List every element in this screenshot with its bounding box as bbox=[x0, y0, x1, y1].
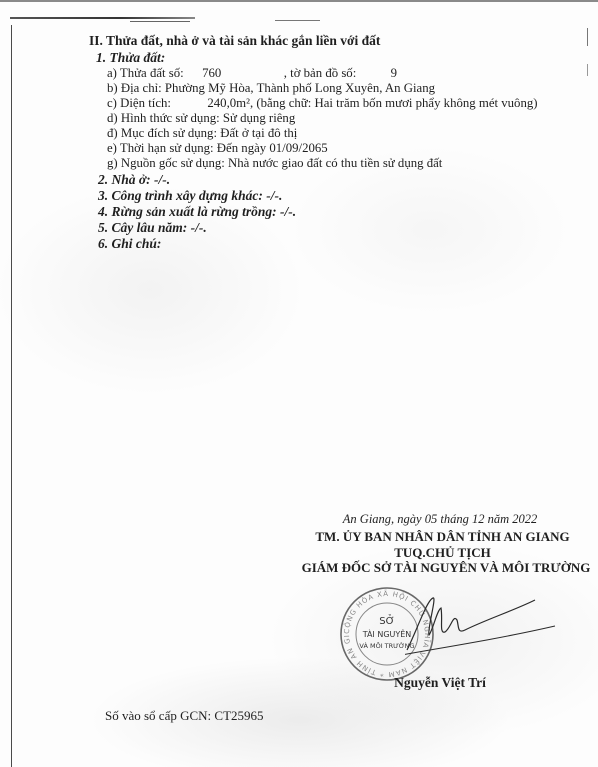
scan-artifact bbox=[275, 20, 320, 21]
scan-artifact bbox=[10, 17, 195, 19]
signer-title: GIÁM ĐỐC SỞ TÀI NGUYÊN VÀ MÔI TRƯỜNG bbox=[296, 560, 596, 576]
usage-term-row: e) Thời hạn sử dụng: Đến ngày 01/09/2065 bbox=[107, 141, 328, 156]
parcel-number: 760 bbox=[202, 66, 221, 80]
map-sheet-number: 9 bbox=[391, 66, 397, 80]
scan-artifact bbox=[130, 21, 190, 22]
address-row: b) Địa chỉ: Phường Mỹ Hòa, Thành phố Lon… bbox=[107, 81, 435, 96]
document-page: II. Thửa đất, nhà ở và tài sản khác gắn … bbox=[0, 0, 598, 767]
origin-row: g) Nguồn gốc sử dụng: Nhà nước giao đất … bbox=[107, 156, 442, 171]
parcel-row: a) Thửa đất số: 760 , tờ bản đồ số: 9 bbox=[107, 66, 397, 81]
usage-purpose-row: đ) Mục đích sử dụng: Đất ở tại đô thị bbox=[107, 126, 297, 141]
map-sheet-label: , tờ bản đồ số: bbox=[284, 66, 357, 80]
item-house: 2. Nhà ở: -/-. bbox=[98, 172, 170, 188]
parcel-label: a) Thửa đất số: bbox=[107, 66, 184, 80]
item-production-forest: 4. Rừng sản xuất là rừng trồng: -/-. bbox=[98, 204, 296, 220]
organization: TM. ỦY BAN NHÂN DÂN TỈNH AN GIANG bbox=[300, 529, 585, 545]
area-label: c) Diện tích: bbox=[107, 96, 171, 110]
scan-border-right bbox=[587, 64, 588, 76]
authority: TUQ.CHỦ TỊCH bbox=[300, 545, 585, 561]
svg-text:TÀI NGUYÊN: TÀI NGUYÊN bbox=[362, 628, 412, 639]
area-row: c) Diện tích: 240,0m², (bằng chữ: Hai tr… bbox=[107, 96, 538, 111]
scan-border-top bbox=[0, 0, 598, 2]
scan-border-left bbox=[11, 25, 12, 767]
svg-text:SỞ: SỞ bbox=[379, 613, 394, 627]
registry-number: Số vào sổ cấp GCN: CT25965 bbox=[105, 708, 264, 724]
section-title: II. Thửa đất, nhà ở và tài sản khác gắn … bbox=[89, 33, 380, 49]
handwritten-signature-icon bbox=[405, 590, 565, 670]
usage-form-row: d) Hình thức sử dụng: Sử dụng riêng bbox=[107, 111, 295, 126]
signer-name: Nguyễn Việt Trí bbox=[380, 675, 500, 691]
scan-border-right bbox=[587, 28, 588, 46]
item-perennial-trees: 5. Cây lâu năm: -/-. bbox=[98, 220, 207, 236]
item-notes: 6. Ghi chú: bbox=[98, 236, 161, 252]
item-other-construction: 3. Công trình xây dựng khác: -/-. bbox=[98, 188, 282, 204]
area-value: 240,0m², (bằng chữ: Hai trăm bốn mươi ph… bbox=[207, 96, 537, 110]
place-date: An Giang, ngày 05 tháng 12 năm 2022 bbox=[300, 512, 580, 527]
land-heading: 1. Thửa đất: bbox=[96, 50, 165, 66]
